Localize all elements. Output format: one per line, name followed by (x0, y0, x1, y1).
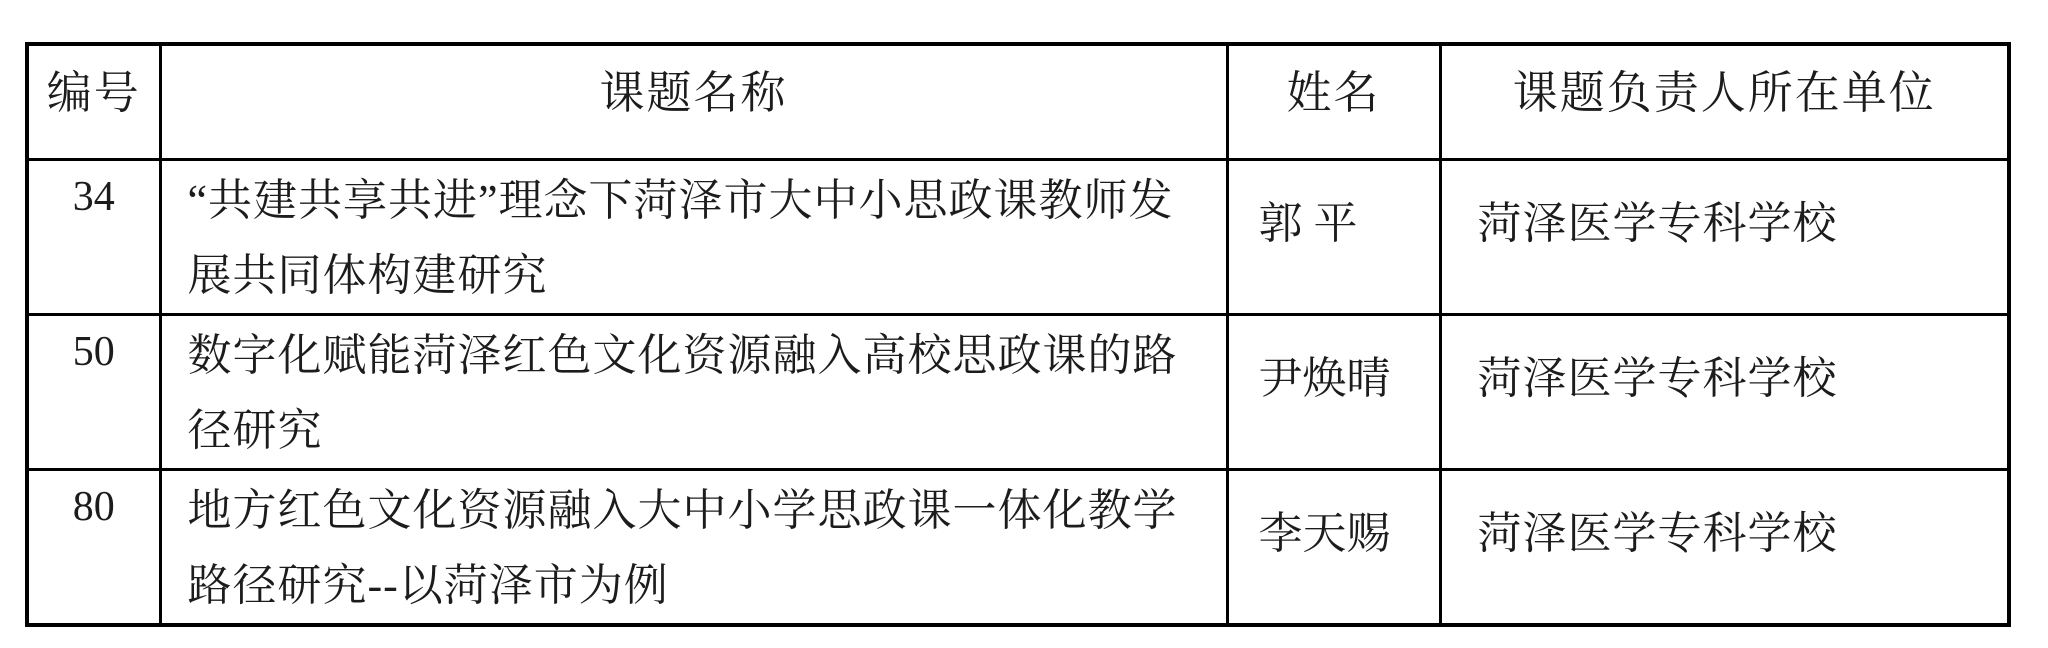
header-name: 姓名 (1227, 44, 1440, 159)
project-table-container: 编号 课题名称 姓名 课题负责人所在单位 34 “共建共享共进”理念下菏泽市大中… (25, 42, 2011, 627)
table-row: 80 地方红色文化资源融入大中小学思政课一体化教学路径研究--以菏泽市为例 李天… (27, 469, 2009, 625)
cell-project-title: 地方红色文化资源融入大中小学思政课一体化教学路径研究--以菏泽市为例 (160, 469, 1227, 625)
header-unit: 课题负责人所在单位 (1440, 44, 2009, 159)
table-body: 34 “共建共享共进”理念下菏泽市大中小思政课教师发展共同体构建研究 郭 平 菏… (27, 159, 2009, 625)
cell-leader-unit: 菏泽医学专科学校 (1440, 314, 2009, 469)
table-row: 34 “共建共享共进”理念下菏泽市大中小思政课教师发展共同体构建研究 郭 平 菏… (27, 159, 2009, 314)
cell-leader-unit: 菏泽医学专科学校 (1440, 159, 2009, 314)
cell-project-number: 80 (27, 469, 160, 625)
cell-leader-name: 李天赐 (1227, 469, 1440, 625)
cell-leader-unit: 菏泽医学专科学校 (1440, 469, 2009, 625)
project-table: 编号 课题名称 姓名 课题负责人所在单位 34 “共建共享共进”理念下菏泽市大中… (25, 42, 2011, 627)
cell-project-title: 数字化赋能菏泽红色文化资源融入高校思政课的路径研究 (160, 314, 1227, 469)
table-row: 50 数字化赋能菏泽红色文化资源融入高校思政课的路径研究 尹焕晴 菏泽医学专科学… (27, 314, 2009, 469)
cell-project-number: 34 (27, 159, 160, 314)
cell-leader-name: 郭 平 (1227, 159, 1440, 314)
cell-project-number: 50 (27, 314, 160, 469)
header-title: 课题名称 (160, 44, 1227, 159)
header-id: 编号 (27, 44, 160, 159)
cell-project-title: “共建共享共进”理念下菏泽市大中小思政课教师发展共同体构建研究 (160, 159, 1227, 314)
table-header-row: 编号 课题名称 姓名 课题负责人所在单位 (27, 44, 2009, 159)
cell-leader-name: 尹焕晴 (1227, 314, 1440, 469)
